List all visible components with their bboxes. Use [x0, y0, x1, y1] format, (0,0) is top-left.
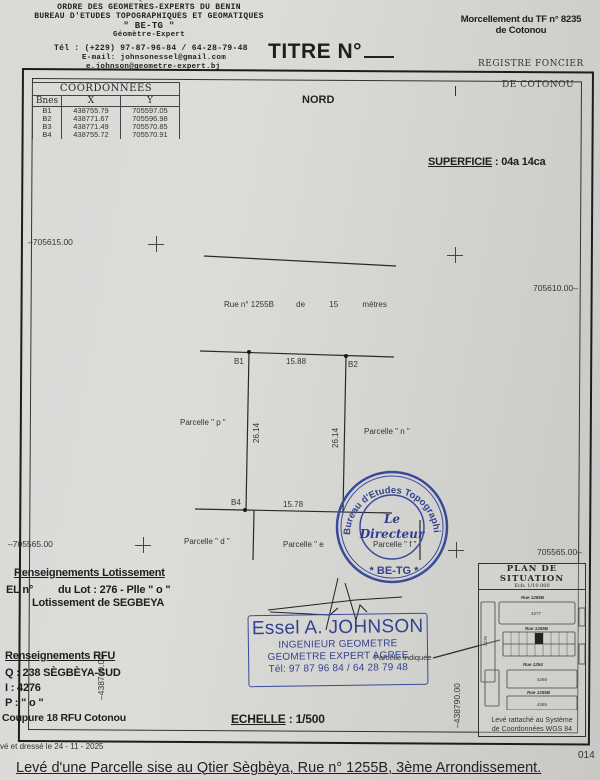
street-edge-north — [204, 256, 396, 266]
rfu-coupure: Coupure 18 RFU Cotonou — [2, 712, 126, 724]
survey-date: vé et dressé le 24 - 11 - 2025 — [0, 742, 103, 751]
situation-footer: Levé rattaché au Système de Coordonnées … — [479, 716, 585, 734]
engineer-name: Essel A. JOHNSON — [249, 616, 427, 640]
parcel-d-e-divider — [253, 511, 254, 560]
lotissement-name: Lotissement de SEGBEYA — [32, 597, 164, 609]
dimension-bottom: 15.78 — [283, 500, 303, 509]
street-name: Rue n° 1255B de 15 mètres — [224, 300, 387, 309]
parcel-label-p: Parcelle " p " — [180, 418, 226, 427]
lotissement-el: EL n° — [6, 584, 33, 596]
dimension-east: 26.14 — [331, 428, 340, 448]
parcel-label-n: Parcelle " n " — [364, 427, 410, 436]
document-description: Levé d'une Parcelle sise au Qtier Sègbèy… — [16, 760, 541, 776]
situation-plan: PLAN DE SITUATION Ech: 1/10 000 — [478, 563, 586, 737]
situation-footer-line-2: de Coordonnées WGS 84 — [479, 725, 585, 734]
svg-text:Rue 1255B: Rue 1255B — [525, 626, 549, 631]
boundary-marker-b1 — [247, 350, 251, 354]
boundary-label-b1: B1 — [234, 357, 244, 366]
stamp-center-line-2: Directeur — [357, 527, 427, 542]
situation-parcel-marker — [535, 633, 543, 644]
svg-text:Rue 1255B: Rue 1255B — [527, 690, 551, 695]
stamp-center-line-1: Le — [357, 512, 427, 527]
boundary-label-b4: B4 — [231, 498, 241, 507]
svg-text:Rue 1254: Rue 1254 — [523, 662, 543, 667]
scale-label: ECHELLE — [231, 712, 286, 726]
scale: ECHELLE : 1/500 — [231, 712, 325, 726]
rfu-i: I : 4276 — [5, 682, 41, 694]
rfu-q: Q : 238 SÈGBÈYA-SUD — [5, 667, 121, 679]
boundary-marker-b2 — [344, 354, 348, 358]
situation-footer-line-1: Levé rattaché au Système — [479, 716, 585, 725]
parcel-edge-east — [343, 356, 346, 512]
boundary-marker-b4 — [243, 508, 247, 512]
lotissement-title: Renseignements Lotissement — [14, 567, 165, 579]
round-stamp-bottom: * BE-TG * — [364, 565, 424, 577]
engineer-phone: Tél: 97 87 96 84 / 64 28 79 48 — [249, 662, 427, 676]
dimension-top: 15.88 — [286, 357, 306, 366]
boundary-label-b2: B2 — [348, 360, 358, 369]
situation-title: PLAN DE SITUATION Ech: 1/10 000 — [479, 564, 585, 590]
svg-text:4265: 4265 — [537, 702, 548, 707]
svg-text:Rue 1255B: Rue 1255B — [521, 595, 545, 600]
rfu-p: P : " o " — [5, 697, 43, 709]
engineer-stamp: Essel A. JOHNSON INGENIEUR GEOMETRE GEOM… — [248, 613, 429, 688]
parcel-label-e: Parcelle " e — [283, 540, 324, 549]
round-stamp-center: Le Directeur — [357, 512, 427, 542]
svg-text:4266: 4266 — [537, 677, 548, 682]
parcel-label-d: Parcelle " d " — [184, 537, 230, 546]
parcel-edge-west — [246, 352, 249, 510]
svg-text:4277: 4277 — [531, 611, 542, 616]
scale-value: : 1/500 — [289, 712, 325, 726]
rfu-title: Renseignements RFU — [5, 650, 115, 662]
situation-scale: Ech: 1/10 000 — [479, 584, 585, 589]
dimension-west: 26.14 — [252, 423, 261, 443]
svg-text:4276: 4276 — [483, 635, 488, 646]
lotissement-lot: du Lot : 276 - Plle " o " — [58, 584, 170, 596]
document-number: 014 — [578, 750, 595, 761]
cadastral-plan-document: REPUBLIQUE DU BENIN ORDRE DES GEOMETRES-… — [0, 0, 600, 780]
situation-map: Rue 1255B Rue 1255B Rue 1254 Rue 1255B 4… — [479, 590, 585, 710]
